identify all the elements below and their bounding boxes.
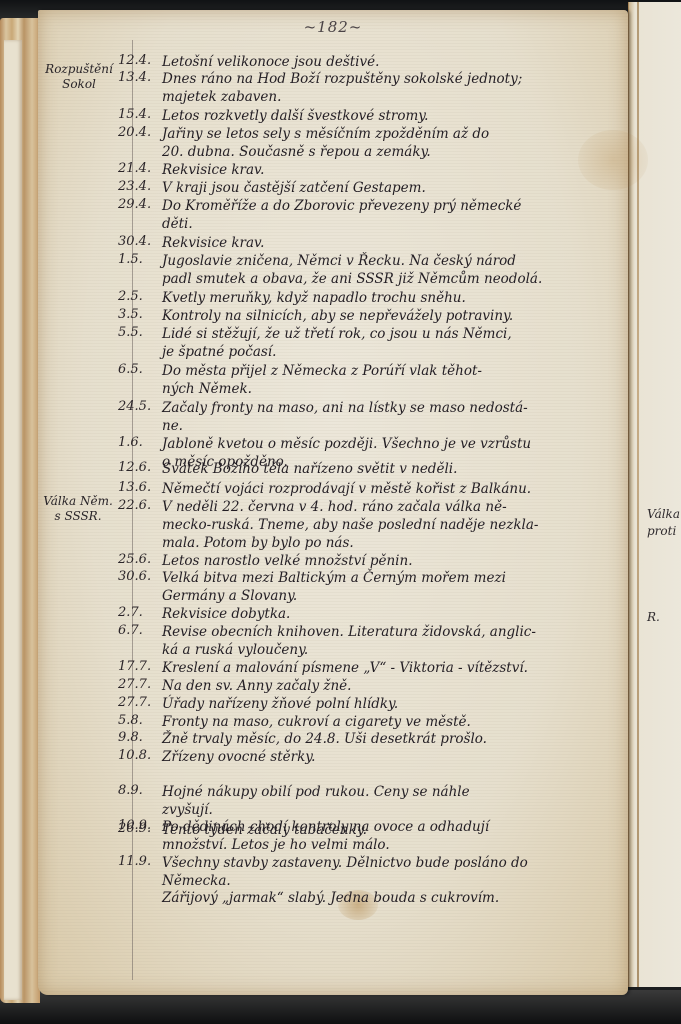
- entry-text-line: Hojné nákupy obilí pod rukou. Ceny se ná…: [162, 783, 470, 801]
- entry-date: 27.7.: [118, 695, 154, 710]
- chronicle-entry: 27.7.Úřady nařízeny žňové polní hlídky.: [118, 695, 398, 713]
- margin-note-line: s SSSR.: [42, 509, 114, 524]
- entry-text-line: Rekvisice krav.: [162, 161, 264, 179]
- entry-text-line: Kontroly na silnicích, aby se nepřevážel…: [162, 307, 513, 325]
- scanner-background-bottom: [0, 990, 681, 1024]
- entry-text-line: je špatné počasí.: [162, 343, 512, 361]
- entry-text-line: Fronty na maso, cukroví a cigarety ve mě…: [162, 713, 471, 731]
- entry-text-line: Letošní velikonoce jsou deštivé.: [162, 53, 379, 71]
- entry-date: 1.6.: [118, 435, 154, 450]
- chronicle-entry: 25.6.Letos narostlo velké množství pěnin…: [118, 552, 413, 570]
- facing-page-note: Válka: [647, 507, 680, 521]
- entry-text-line: majetek zabaven.: [162, 88, 522, 106]
- entry-date: 11.9.: [118, 854, 154, 869]
- chronicle-entry: 10.8.Zřízeny ovocné stěrky.: [118, 748, 315, 766]
- entry-text-line: mala. Potom by bylo po nás.: [162, 534, 538, 552]
- chronicle-entry: 24.5.Začaly fronty na maso, ani na lístk…: [118, 399, 528, 435]
- chronicle-entry: 30.4.Rekvisice krav.: [118, 234, 264, 252]
- entry-date: 25.6.: [118, 552, 154, 567]
- entry-text-line: Úřady nařízeny žňové polní hlídky.: [162, 695, 398, 713]
- chronicle-entry: 6.5.Do města přijel z Německa z Porúří v…: [118, 362, 482, 398]
- entry-date: 6.5.: [118, 362, 154, 377]
- entry-text-line: Do města přijel z Německa z Porúří vlak …: [162, 362, 482, 380]
- previous-page-edge: [4, 40, 22, 1000]
- chronicle-entry: 21.4.Rekvisice krav.: [118, 161, 264, 179]
- margin-note-war: Válka Něm. s SSSR.: [42, 494, 114, 524]
- chronicle-entry: 12.4.Letošní velikonoce jsou deštivé.: [118, 53, 379, 71]
- chronicle-entry: 3.5.Kontroly na silnicích, aby se nepřev…: [118, 307, 513, 325]
- entry-text-line: Tento týden začaly tabačenky.: [162, 821, 367, 839]
- entry-date: 6.7.: [118, 623, 154, 638]
- chronicle-entry: 17.7.Kreslení a malování písmene „V“ - V…: [118, 659, 528, 677]
- facing-page-note: R.: [647, 610, 660, 624]
- entry-text-line: Germány a Slovany.: [162, 587, 506, 605]
- entry-text-line: zvyšují.: [162, 801, 470, 819]
- entry-text-line: Dnes ráno na Hod Boží rozpuštěny sokolsk…: [162, 70, 522, 88]
- entry-text-line: Letos rozkvetly další švestkové stromy.: [162, 107, 428, 125]
- chronicle-entry: 6.7.Revise obecních knihoven. Literatura…: [118, 623, 536, 659]
- facing-page-margin-line: [637, 2, 639, 987]
- page-number: ~182~: [38, 18, 628, 36]
- chronicle-entry: 12.6.Svátek Božího těla nařízeno světit …: [118, 460, 457, 478]
- entry-text-line: V kraji jsou častější zatčení Gestapem.: [162, 179, 426, 197]
- entry-text-line: Rekvisice dobytka.: [162, 605, 290, 623]
- chronicle-entry: 30.6.Velká bitva mezi Baltickým a Černým…: [118, 569, 506, 605]
- entry-date: 29.4.: [118, 197, 154, 212]
- entry-date: 13.6.: [118, 480, 154, 495]
- entry-text-line: Žně trvaly měsíc, do 24.8. Uši desetkrát…: [162, 730, 487, 748]
- entry-text-line: Němečtí vojáci rozprodávají v městě koři…: [162, 480, 531, 498]
- entry-text-line: Lidé si stěžují, že už třetí rok, co jso…: [162, 325, 512, 343]
- chronicle-entry: Zářijový „jarmak“ slabý. Jedna bouda s c…: [118, 889, 499, 907]
- entry-text-line: Kvetly meruňky, když napadlo trochu sněh…: [162, 289, 466, 307]
- entry-date: 23.4.: [118, 179, 154, 194]
- entry-text-line: Německa.: [162, 872, 528, 890]
- entry-text-line: Do Kroměříže a do Zborovic převezeny prý…: [162, 197, 521, 215]
- entry-text-line: mecko-ruská. Tneme, aby naše poslední na…: [162, 516, 538, 534]
- entry-date: 2.5.: [118, 289, 154, 304]
- entry-text-line: Letos narostlo velké množství pěnin.: [162, 552, 413, 570]
- entry-date: 17.7.: [118, 659, 154, 674]
- entry-date: 8.9.: [118, 783, 154, 798]
- entry-text-line: ne.: [162, 417, 528, 435]
- entry-text-line: Všechny stavby zastaveny. Dělnictvo bude…: [162, 854, 528, 872]
- entry-text-line: Kreslení a malování písmene „V“ - Viktor…: [162, 659, 528, 677]
- entry-date: 3.5.: [118, 307, 154, 322]
- entry-date: 30.6.: [118, 569, 154, 584]
- chronicle-entry: 2.5.Kvetly meruňky, když napadlo trochu …: [118, 289, 466, 307]
- entry-text-line: V neděli 22. června v 4. hod. ráno začal…: [162, 498, 538, 516]
- margin-note-line: Rozpuštění: [44, 62, 114, 77]
- entry-date: 12.4.: [118, 53, 154, 68]
- entry-text-line: Jabloně kvetou o měsíc později. Všechno …: [162, 435, 531, 453]
- margin-note-line: Sokol: [44, 77, 114, 92]
- entry-text-line: Zářijový „jarmak“ slabý. Jedna bouda s c…: [162, 889, 499, 907]
- chronicle-entry: 1.5.Jugoslavie zničena, Němci v Řecku. N…: [118, 252, 542, 288]
- entry-text-line: Začaly fronty na maso, ani na lístky se …: [162, 399, 528, 417]
- chronicle-entry: 11.9.Všechny stavby zastaveny. Dělnictvo…: [118, 854, 528, 890]
- chronicle-entry: 26.9.Tento týden začaly tabačenky.: [118, 821, 367, 839]
- chronicle-entry: 9.8.Žně trvaly měsíc, do 24.8. Uši deset…: [118, 730, 487, 748]
- entry-date: 27.7.: [118, 677, 154, 692]
- entry-text-line: děti.: [162, 215, 521, 233]
- chronicle-entry: 5.5.Lidé si stěžují, že už třetí rok, co…: [118, 325, 512, 361]
- facing-page-fragment: Válka proti R.: [628, 2, 681, 987]
- entry-date: 21.4.: [118, 161, 154, 176]
- chronicle-page: ~182~ Rozpuštění Sokol Válka Něm. s SSSR…: [38, 10, 628, 995]
- entry-text-line: Jařiny se letos sely s měsíčním zpoždění…: [162, 125, 489, 143]
- entry-date: 15.4.: [118, 107, 154, 122]
- entry-date: 10.8.: [118, 748, 154, 763]
- entry-date: 5.8.: [118, 713, 154, 728]
- chronicle-entry: 29.4.Do Kroměříže a do Zborovic převezen…: [118, 197, 521, 233]
- entry-text-line: Revise obecních knihoven. Literatura žid…: [162, 623, 536, 641]
- entry-text-line: Rekvisice krav.: [162, 234, 264, 252]
- chronicle-entry: 22.6.V neděli 22. června v 4. hod. ráno …: [118, 498, 538, 552]
- margin-note-sokol: Rozpuštění Sokol: [44, 62, 114, 92]
- entry-text-line: ných Němek.: [162, 380, 482, 398]
- entry-text-line: padl smutek a obava, že ani SSSR již Něm…: [162, 270, 542, 288]
- entry-text-line: Na den sv. Anny začaly žně.: [162, 677, 351, 695]
- chronicle-entry: 8.9.Hojné nákupy obilí pod rukou. Ceny s…: [118, 783, 470, 819]
- entry-date: 9.8.: [118, 730, 154, 745]
- entry-date: 20.4.: [118, 125, 154, 140]
- entry-date: 22.6.: [118, 498, 154, 513]
- chronicle-entry: 23.4.V kraji jsou častější zatčení Gesta…: [118, 179, 426, 197]
- entry-text-line: Jugoslavie zničena, Němci v Řecku. Na če…: [162, 252, 542, 270]
- chronicle-entry: 27.7.Na den sv. Anny začaly žně.: [118, 677, 351, 695]
- entry-text-line: Zřízeny ovocné stěrky.: [162, 748, 315, 766]
- entry-date: 30.4.: [118, 234, 154, 249]
- entry-date: 13.4.: [118, 70, 154, 85]
- chronicle-entry: 15.4.Letos rozkvetly další švestkové str…: [118, 107, 428, 125]
- facing-page-note: proti: [647, 524, 676, 538]
- chronicle-entry: 13.4.Dnes ráno na Hod Boží rozpuštěny so…: [118, 70, 522, 106]
- entry-date: 12.6.: [118, 460, 154, 475]
- chronicle-entry: 20.4.Jařiny se letos sely s měsíčním zpo…: [118, 125, 489, 161]
- margin-note-line: Válka Něm.: [42, 494, 114, 509]
- page-stack-edge: [0, 18, 40, 1003]
- entry-date: 1.5.: [118, 252, 154, 267]
- entry-text-line: Velká bitva mezi Baltickým a Černým moře…: [162, 569, 506, 587]
- entry-date: 24.5.: [118, 399, 154, 414]
- entry-date: 26.9.: [118, 821, 154, 836]
- entry-date: 5.5.: [118, 325, 154, 340]
- chronicle-entry: 5.8.Fronty na maso, cukroví a cigarety v…: [118, 713, 471, 731]
- entry-text-line: 20. dubna. Současně s řepou a zemáky.: [162, 143, 489, 161]
- entry-text-line: ká a ruská vyloučeny.: [162, 641, 536, 659]
- chronicle-entry: 13.6.Němečtí vojáci rozprodávají v městě…: [118, 480, 531, 498]
- chronicle-entry: 2.7.Rekvisice dobytka.: [118, 605, 290, 623]
- entry-date: 2.7.: [118, 605, 154, 620]
- entry-text-line: Svátek Božího těla nařízeno světit v ned…: [162, 460, 457, 478]
